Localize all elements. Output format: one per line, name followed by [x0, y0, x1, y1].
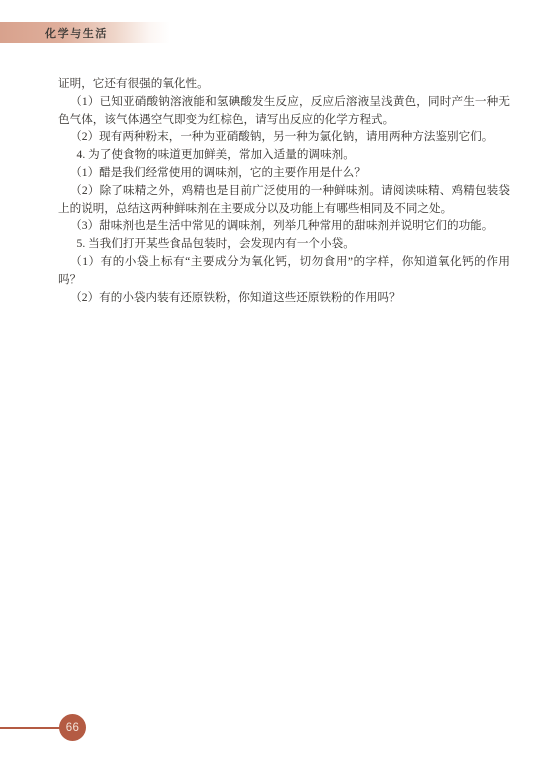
body-paragraph: 4. 为了使食物的味道更加鲜美，常加入适量的调味剂。 [58, 146, 510, 164]
page-number: 66 [66, 722, 79, 734]
body-paragraph: （2）除了味精之外，鸡精也是目前广泛使用的一种鲜味剂。请阅读味精、鸡精包装袋上的… [58, 182, 510, 218]
page-number-badge: 66 [59, 714, 86, 741]
body-paragraph: （2）现有两种粉末，一种为亚硝酸钠，另一种为氯化钠，请用两种方法鉴别它们。 [58, 128, 510, 146]
page: 化学与生活 证明，它还有很强的氧化性。（1）已知亚硝酸钠溶液能和氢碘酸发生反应，… [0, 0, 550, 778]
body-paragraph: （3）甜味剂也是生活中常见的调味剂，列举几种常用的甜味剂并说明它们的功能。 [58, 217, 510, 235]
body-paragraph: （2）有的小袋内装有还原铁粉，你知道这些还原铁粉的作用吗？ [58, 289, 510, 307]
body-paragraph: 证明，它还有很强的氧化性。 [58, 75, 510, 93]
body-paragraph: （1）有的小袋上标有“主要成分为氧化钙，切勿食用”的字样，你知道氧化钙的作用吗？ [58, 253, 510, 289]
body-paragraph: 5. 当我们打开某些食品包装时，会发现内有一个小袋。 [58, 235, 510, 253]
body-paragraph: （1）已知亚硝酸钠溶液能和氢碘酸发生反应，反应后溶液呈浅黄色，同时产生一种无色气… [58, 93, 510, 129]
body-text: 证明，它还有很强的氧化性。（1）已知亚硝酸钠溶液能和氢碘酸发生反应，反应后溶液呈… [58, 75, 510, 306]
header-bar: 化学与生活 [0, 22, 170, 43]
page-header-title: 化学与生活 [0, 25, 108, 41]
body-paragraph: （1）醋是我们经常使用的调味剂，它的主要作用是什么？ [58, 164, 510, 182]
footer-rule [0, 727, 60, 729]
